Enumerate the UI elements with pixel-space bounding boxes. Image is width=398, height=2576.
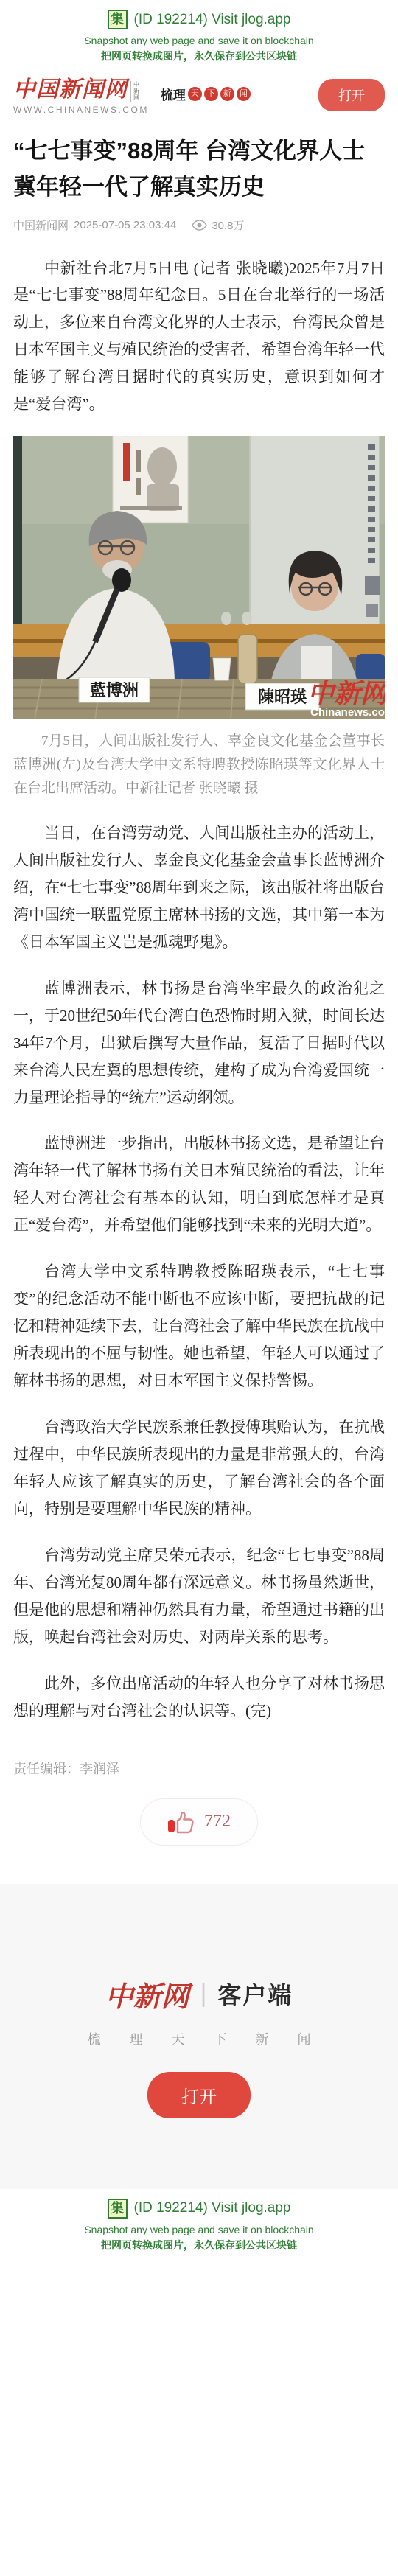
jlog-banner-subtext-en: Snapshot any web page and save it on blo… [0, 35, 398, 46]
jlog-logo-icon: 集 [108, 2199, 128, 2219]
article-photo: 藍博洲 陳昭瑛 中新网 Chinanews.com [13, 436, 385, 719]
footer-app-label: 客户端 [217, 1977, 293, 2011]
paragraph: 中新社台北7月5日电 (记者 张晓曦)2025年7月7日是“七七事变”88周年纪… [13, 255, 385, 419]
tagline-seal: 下 [204, 87, 218, 101]
paragraph: 当日，在台湾劳动党、人间出版社主办的活动上，人间出版社发行人、辜金良文化基金会董… [13, 820, 385, 956]
jlog-banner-subtext-en: Snapshot any web page and save it on blo… [0, 2224, 398, 2235]
like-count: 772 [204, 1812, 231, 1832]
article-source: 中国新闻网 [13, 217, 69, 233]
paragraph: 此外，多位出席活动的年轻人也分享了对林书扬思想的理解与对台湾社会的认识等。(完) [13, 1670, 385, 1725]
editor-line: 责任编辑：李润泽 [0, 1725, 398, 1782]
photo-watermark: 中新网 [307, 679, 385, 708]
footer-tagline: 梳 理 天 下 新 闻 [0, 2029, 398, 2048]
photo-caption: 7月5日，人间出版社发行人、辜金良文化基金会董事长蓝博洲(左)及台湾大学中文系特… [13, 730, 385, 800]
tagline-seal: 闻 [237, 87, 251, 101]
nameplate-left: 藍博洲 [90, 681, 139, 699]
view-count: 30.8万 [212, 217, 244, 233]
article-datetime: 2025-07-05 23:03:44 [74, 219, 176, 231]
jlog-logo-icon: 集 [108, 10, 128, 29]
photo-watermark-sub: Chinanews.com [310, 706, 385, 719]
jlog-ad-banner-top[interactable]: 集 (ID 192214) Visit jlog.app Snapshot an… [0, 0, 398, 70]
article-meta: 中国新闻网 2025-07-05 23:03:44 30.8万 [0, 210, 398, 236]
tagline-seal: 新 [220, 87, 234, 101]
jlog-ad-banner-bottom[interactable]: 集 (ID 192214) Visit jlog.app Snapshot an… [0, 2189, 398, 2259]
jlog-banner-text: (ID 192214) Visit jlog.app [134, 12, 291, 28]
article-figure: 藍博洲 陳昭瑛 中新网 Chinanews.com 7月5日，人间出版社发行人、… [13, 436, 385, 800]
open-app-button-footer[interactable]: 打开 [147, 2072, 251, 2118]
like-button[interactable]: 772 [140, 1798, 258, 1846]
paragraph: 蓝博洲表示，林书扬是台湾坐牢最久的政治犯之一，于20世纪50年代台湾白色恐怖时期… [13, 975, 385, 1111]
chinanews-logo-side: 中 新 网 [130, 81, 139, 102]
paragraph: 台湾大学中文系特聘教授陈昭瑛表示，“七七事变”的纪念活动不能中断也不应该中断，要… [13, 1258, 385, 1395]
jlog-banner-subtext-zh: 把网页转换成图片，永久保存到公共区块链 [0, 2238, 398, 2252]
article-body: 中新社台北7月5日电 (记者 张晓曦)2025年7月7日是“七七事变”88周年纪… [0, 255, 398, 1725]
jlog-banner-text: (ID 192214) Visit jlog.app [134, 2200, 291, 2216]
chinanews-logo[interactable]: 中国新闻网 中 新 网 WWW.CHINANEWS.COM [13, 79, 149, 114]
jlog-banner-subtext-zh: 把网页转换成图片，永久保存到公共区块链 [0, 49, 398, 63]
footer-chinanews-logo: 中新网 [105, 1974, 189, 2014]
paragraph: 蓝博洲进一步指出，出版林书扬文选，是希望让台湾年轻一代了解林书扬有关日本殖民统治… [13, 1130, 385, 1239]
eye-icon [192, 220, 207, 231]
open-app-button-top[interactable]: 打开 [318, 79, 385, 111]
nameplate-right: 陳昭瑛 [258, 688, 307, 706]
footer-divider: | [200, 1980, 207, 2008]
chinanews-logo-text: 中国新闻网 [13, 79, 128, 101]
article-title: “七七事变”88周年 台湾文化界人士冀年轻一代了解真实历史 [0, 120, 398, 210]
tagline-seal: 天 [188, 87, 202, 101]
header-tagline: 梳理 天 下 新 闻 [161, 85, 251, 103]
app-footer: 中新网 | 客户端 梳 理 天 下 新 闻 打开 [0, 1884, 398, 2189]
thumbs-up-icon [167, 1810, 195, 1834]
chinanews-url: WWW.CHINANEWS.COM [13, 105, 149, 114]
paragraph: 台湾政治大学民族系兼任教授傅琪贻认为，在抗战过程中，中华民族所表现出的力量是非常… [13, 1414, 385, 1523]
paragraph: 台湾劳动党主席吴荣元表示，纪念“七七事变”88周年、台湾光复80周年都有深远意义… [13, 1542, 385, 1651]
site-header: 中国新闻网 中 新 网 WWW.CHINANEWS.COM 梳理 天 下 新 闻… [0, 70, 398, 120]
